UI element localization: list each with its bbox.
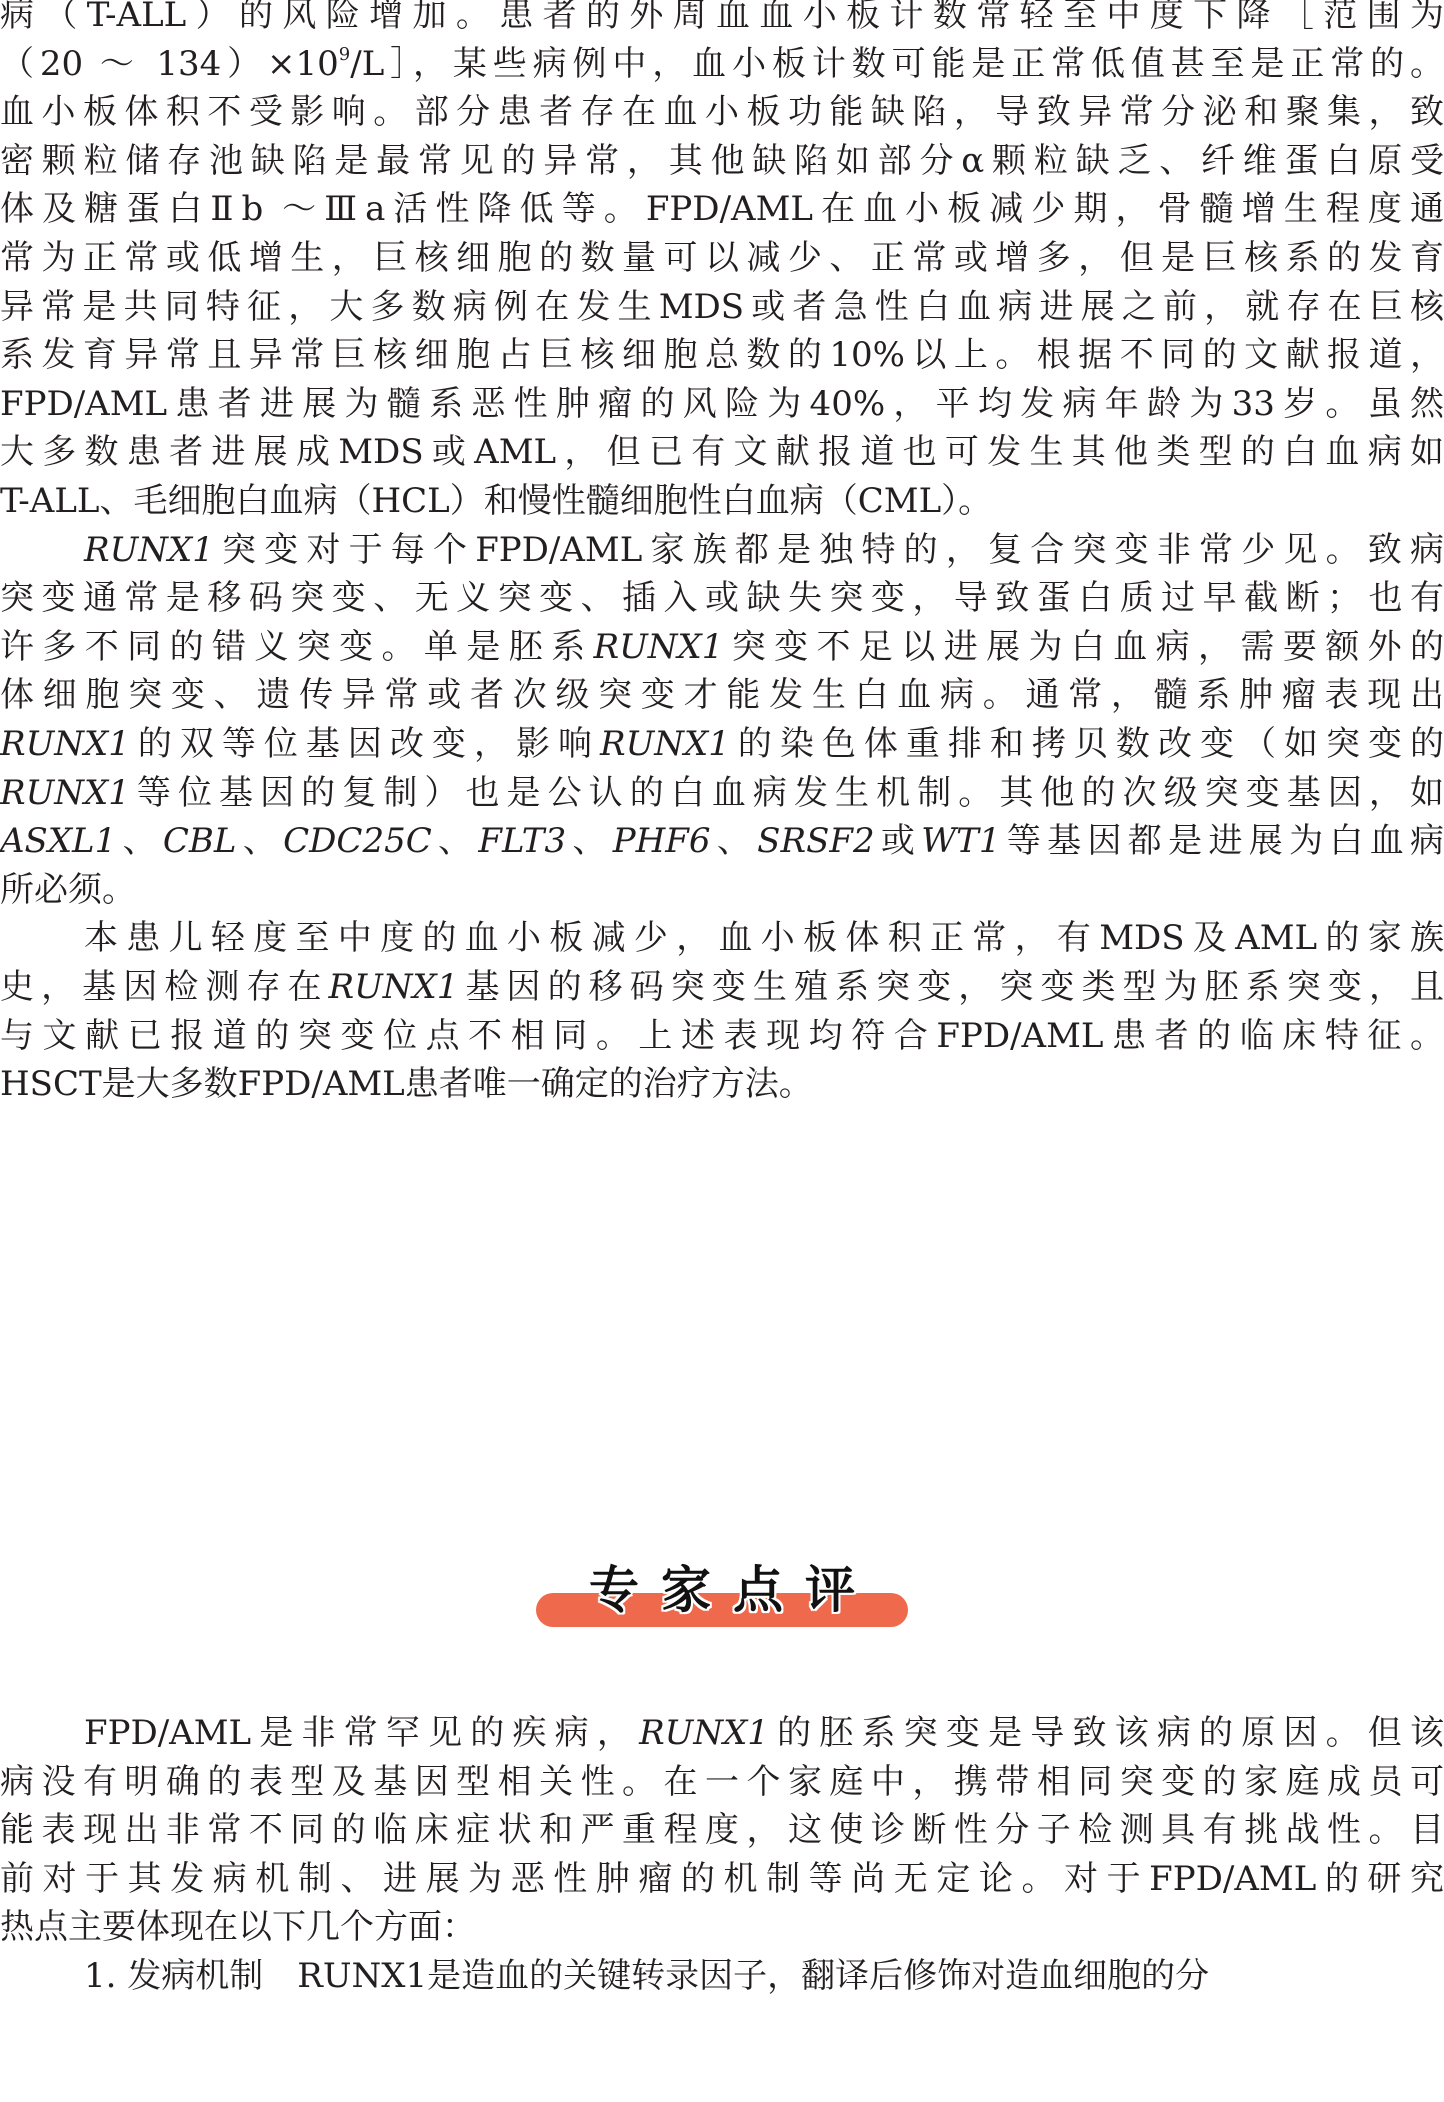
- text-segment: 密颗粒储存池缺陷是最常见的异常，其他缺陷如部分α颗粒缺乏、纤维蛋白原受: [0, 141, 1444, 181]
- text-segment: 、: [566, 821, 613, 861]
- text-segment: 系发育异常且异常巨核细胞占巨核细胞总数的10%以上。根据不同的文献报道，: [0, 335, 1444, 375]
- text-segment: 能表现出非常不同的临床症状和严重程度，这使诊断性分子检测具有挑战性。目: [0, 1810, 1444, 1850]
- text-segment: 常为正常或低增生，巨核细胞的数量可以减少、正常或增多，但是巨核系的发育: [0, 238, 1444, 278]
- text-segment: 突变对于每个FPD/AML家族都是独特的，复合突变非常少见。致病: [214, 530, 1444, 570]
- text-line: RUNX1的双等位基因改变，影响RUNX1的染色体重排和拷贝数改变（如突变的: [0, 720, 1444, 768]
- gene-name: RUNX1: [329, 967, 459, 1007]
- text-line: FPD/AML是非常罕见的疾病，RUNX1的胚系突变是导致该病的原因。但该: [0, 1709, 1444, 1757]
- text-line: 异常是共同特征，大多数病例在发生MDS或者急性白血病进展之前，就存在巨核: [0, 283, 1444, 331]
- text-segment: 体及糖蛋白Ⅱb ～Ⅲa活性降低等。FPD/AML在血小板减少期，骨髓增生程度通: [0, 189, 1444, 229]
- text-line: FPD/AML患者进展为髓系恶性肿瘤的风险为40%，平均发病年龄为33岁。虽然: [0, 380, 1444, 428]
- text-segment: 热点主要体现在以下几个方面：: [0, 1907, 476, 1947]
- text-segment: 的胚系突变是导致该病的原因。但该: [769, 1713, 1444, 1753]
- gene-name: RUNX1: [600, 724, 730, 764]
- text-segment: 、: [237, 821, 284, 861]
- text-segment: 或: [875, 821, 922, 861]
- text-segment: /L］，某些病例中，血小板计数可能是正常低值甚至是正常的。: [350, 44, 1444, 84]
- text-line: 与文献已报道的突变位点不相同。上述表现均符合FPD/AML患者的临床特征。: [0, 1012, 1444, 1060]
- gene-name: FLT3: [478, 821, 566, 861]
- text-segment: 体细胞突变、遗传异常或者次级突变才能发生白血病。通常，髓系肿瘤表现出: [0, 675, 1444, 715]
- text-segment: 的染色体重排和拷贝数改变（如突变的: [730, 724, 1444, 764]
- text-line: 热点主要体现在以下几个方面：: [0, 1903, 1444, 1951]
- text-segment: 前对于其发病机制、进展为恶性肿瘤的机制等尚无定论。对于FPD/AML的研究: [0, 1859, 1444, 1899]
- gene-name: WT1: [921, 821, 1000, 861]
- gene-name: RUNX1: [0, 773, 130, 813]
- gene-name: RUNX1: [594, 627, 724, 667]
- text-line: 本患儿轻度至中度的血小板减少，血小板体积正常，有MDS及AML的家族: [0, 914, 1444, 962]
- text-line: 系发育异常且异常巨核细胞占巨核细胞总数的10%以上。根据不同的文献报道，: [0, 331, 1444, 379]
- text-line: 密颗粒储存池缺陷是最常见的异常，其他缺陷如部分α颗粒缺乏、纤维蛋白原受: [0, 137, 1444, 185]
- gene-name: SRSF2: [757, 821, 874, 861]
- text-segment: 史，基因检测存在: [0, 967, 329, 1007]
- text-line: 许多不同的错义突变。单是胚系RUNX1突变不足以进展为白血病，需要额外的: [0, 623, 1444, 671]
- text-line: 史，基因检测存在RUNX1基因的移码突变生殖系突变，突变类型为胚系突变，且: [0, 963, 1444, 1011]
- text-line: RUNX1等位基因的复制）也是公认的白血病发生机制。其他的次级突变基因，如: [0, 769, 1444, 817]
- gene-name: RUNX1: [84, 530, 214, 570]
- text-line: RUNX1突变对于每个FPD/AML家族都是独特的，复合突变非常少见。致病: [0, 526, 1444, 574]
- text-segment: 1. 发病机制 RUNX1是造血的关键转录因子，翻译后修饰对造血细胞的分: [84, 1956, 1209, 1996]
- text-line: 能表现出非常不同的临床症状和严重程度，这使诊断性分子检测具有挑战性。目: [0, 1806, 1444, 1854]
- text-line: 前对于其发病机制、进展为恶性肿瘤的机制等尚无定论。对于FPD/AML的研究: [0, 1855, 1444, 1903]
- text-line: 体及糖蛋白Ⅱb ～Ⅲa活性降低等。FPD/AML在血小板减少期，骨髓增生程度通: [0, 185, 1444, 233]
- text-line: ASXL1、CBL、CDC25C、FLT3、PHF6、SRSF2或WT1等基因都…: [0, 817, 1444, 865]
- text-segment: 的双等位基因改变，影响: [130, 724, 600, 764]
- text-segment: 许多不同的错义突变。单是胚系: [0, 627, 594, 667]
- gene-name: CDC25C: [283, 821, 432, 861]
- section-heading-label: 专家点评: [530, 1555, 914, 1625]
- text-segment: 大多数患者进展成MDS或AML，但已有文献报道也可发生其他类型的白血病如: [0, 432, 1444, 472]
- text-segment: 等基因都是进展为白血病: [1001, 821, 1444, 861]
- text-segment: 本患儿轻度至中度的血小板减少，血小板体积正常，有MDS及AML的家族: [84, 918, 1444, 958]
- text-segment: HSCT是大多数FPD/AML患者唯一确定的治疗方法。: [0, 1064, 813, 1104]
- section-heading-expert-commentary: 专家点评: [530, 1555, 914, 1635]
- gene-name: PHF6: [613, 821, 711, 861]
- text-line: 突变通常是移码突变、无义突变、插入或缺失突变，导致蛋白质过早截断；也有: [0, 574, 1444, 622]
- text-line: （20 ～ 134）×109/L］，某些病例中，血小板计数可能是正常低值甚至是正…: [0, 40, 1444, 88]
- text-segment: 突变不足以进展为白血病，需要额外的: [723, 627, 1444, 667]
- text-segment: FPD/AML是非常罕见的疾病，: [84, 1713, 639, 1753]
- gene-name: ASXL1: [0, 821, 116, 861]
- text-segment: FPD/AML患者进展为髓系恶性肿瘤的风险为40%，平均发病年龄为33岁。虽然: [0, 384, 1444, 424]
- text-segment: 等位基因的复制）也是公认的白血病发生机制。其他的次级突变基因，如: [130, 773, 1444, 813]
- gene-name: CBL: [163, 821, 237, 861]
- text-line: HSCT是大多数FPD/AML患者唯一确定的治疗方法。: [0, 1060, 1444, 1108]
- text-segment: （20 ～ 134）×10: [0, 44, 339, 84]
- text-line: 大多数患者进展成MDS或AML，但已有文献报道也可发生其他类型的白血病如: [0, 428, 1444, 476]
- text-segment: 基因的移码突变生殖系突变，突变类型为胚系突变，且: [458, 967, 1444, 1007]
- text-line: 病（T-ALL）的风险增加。患者的外周血血小板计数常轻至中度下降［范围为: [0, 0, 1444, 39]
- gene-name: RUNX1: [639, 1713, 769, 1753]
- superscript: 9: [339, 44, 350, 65]
- text-segment: 病（T-ALL）的风险增加。患者的外周血血小板计数常轻至中度下降［范围为: [0, 0, 1444, 35]
- text-segment: 、: [432, 821, 479, 861]
- text-line: 血小板体积不受影响。部分患者存在血小板功能缺陷，导致异常分泌和聚集，致: [0, 88, 1444, 136]
- text-segment: T-ALL、毛细胞白血病（HCL）和慢性髓细胞性白血病（CML）。: [0, 481, 992, 521]
- gene-name: RUNX1: [0, 724, 130, 764]
- text-segment: 突变通常是移码突变、无义突变、插入或缺失突变，导致蛋白质过早截断；也有: [0, 578, 1444, 618]
- text-segment: 所必须。: [0, 870, 136, 910]
- text-line: 体细胞突变、遗传异常或者次级突变才能发生白血病。通常，髓系肿瘤表现出: [0, 671, 1444, 719]
- text-line: 1. 发病机制 RUNX1是造血的关键转录因子，翻译后修饰对造血细胞的分: [0, 1952, 1444, 2000]
- text-segment: 、: [116, 821, 163, 861]
- text-line: 常为正常或低增生，巨核细胞的数量可以减少、正常或增多，但是巨核系的发育: [0, 234, 1444, 282]
- text-segment: 异常是共同特征，大多数病例在发生MDS或者急性白血病进展之前，就存在巨核: [0, 287, 1444, 327]
- text-segment: 与文献已报道的突变位点不相同。上述表现均符合FPD/AML患者的临床特征。: [0, 1016, 1444, 1056]
- text-line: 所必须。: [0, 866, 1444, 914]
- text-segment: 病没有明确的表型及基因型相关性。在一个家庭中，携带相同突变的家庭成员可: [0, 1762, 1444, 1802]
- text-line: 病没有明确的表型及基因型相关性。在一个家庭中，携带相同突变的家庭成员可: [0, 1758, 1444, 1806]
- text-line: T-ALL、毛细胞白血病（HCL）和慢性髓细胞性白血病（CML）。: [0, 477, 1444, 525]
- text-segment: 血小板体积不受影响。部分患者存在血小板功能缺陷，导致异常分泌和聚集，致: [0, 92, 1444, 132]
- text-segment: 、: [711, 821, 758, 861]
